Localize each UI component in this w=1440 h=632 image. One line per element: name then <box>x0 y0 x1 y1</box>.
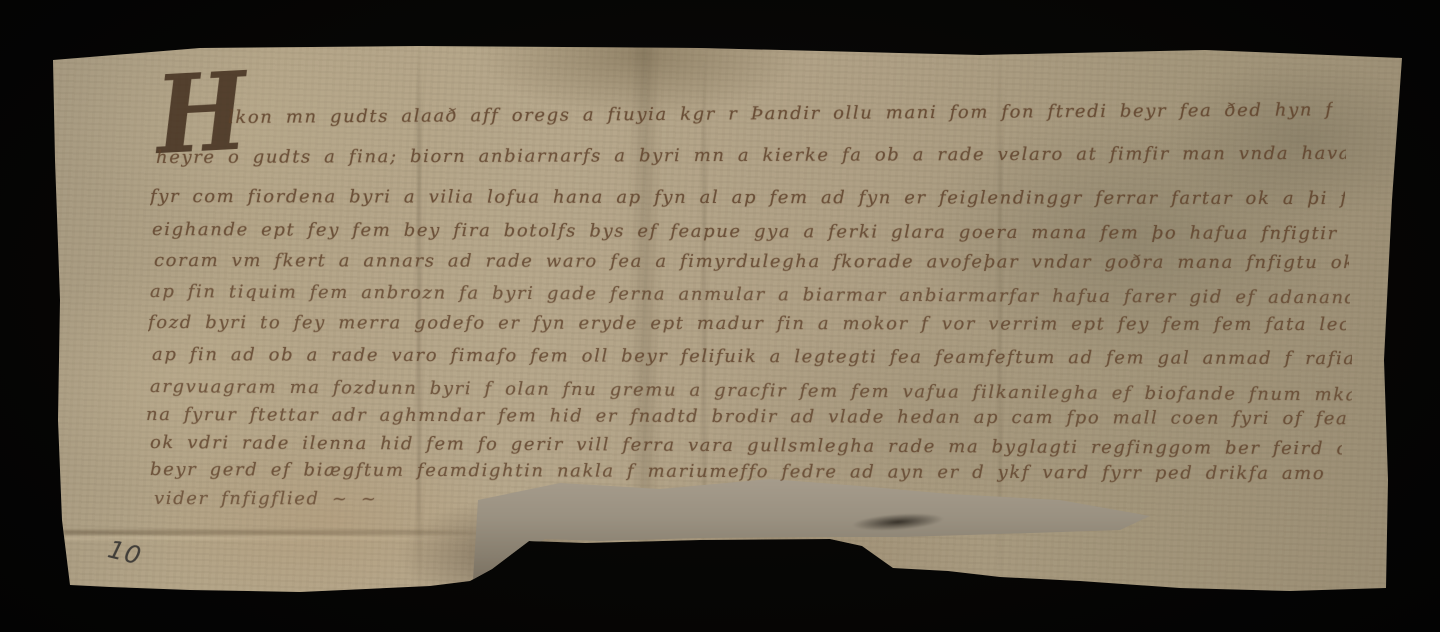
parchment-document: H lkon mn gudts alaað aff oregs a fiuyia… <box>0 0 1440 632</box>
manuscript-line-1: lkon mn gudts alaað aff oregs a fiuyia k… <box>228 99 1333 129</box>
manuscript-line-5: coram vm fkert a annars ad rade waro fea… <box>154 250 1349 274</box>
manuscript-line-7: fozd byri to fey merra godefo er fyn ery… <box>148 312 1346 336</box>
manuscript-line-12: beyr gerd ef biægftum feamdightin nakla … <box>150 459 1325 485</box>
manuscript-line-6: ap fin tiquim fem anbrozn fa byri gade f… <box>150 281 1350 309</box>
manuscript-line-11: ok vdri rade ilenna hid fem fo gerir vil… <box>150 432 1342 460</box>
manuscript-line-8: ap fin ad ob a rade varo fimafo fem oll … <box>152 344 1352 370</box>
manuscript-text-block: H lkon mn gudts alaað aff oregs a fiuyia… <box>0 0 1440 632</box>
manuscript-line-4: eighande ept fey fem bey fira botolfs by… <box>152 219 1350 245</box>
manuscript-line-3: fyr com fiordena byri a vilia lofua hana… <box>150 186 1345 210</box>
manuscript-line-9: argvuagram ma fozdunn byri f olan fnu gr… <box>150 376 1352 406</box>
photo-backdrop: H lkon mn gudts alaað aff oregs a fiuyia… <box>0 0 1440 632</box>
manuscript-line-2: heyre o gudts a fina; biorn anbiarnarfs … <box>156 143 1346 169</box>
manuscript-line-13: vider fnfigflied ~ ~ <box>154 488 624 511</box>
manuscript-line-10: na fyrur ftettar adr aghmndar fem hid er… <box>146 404 1346 430</box>
